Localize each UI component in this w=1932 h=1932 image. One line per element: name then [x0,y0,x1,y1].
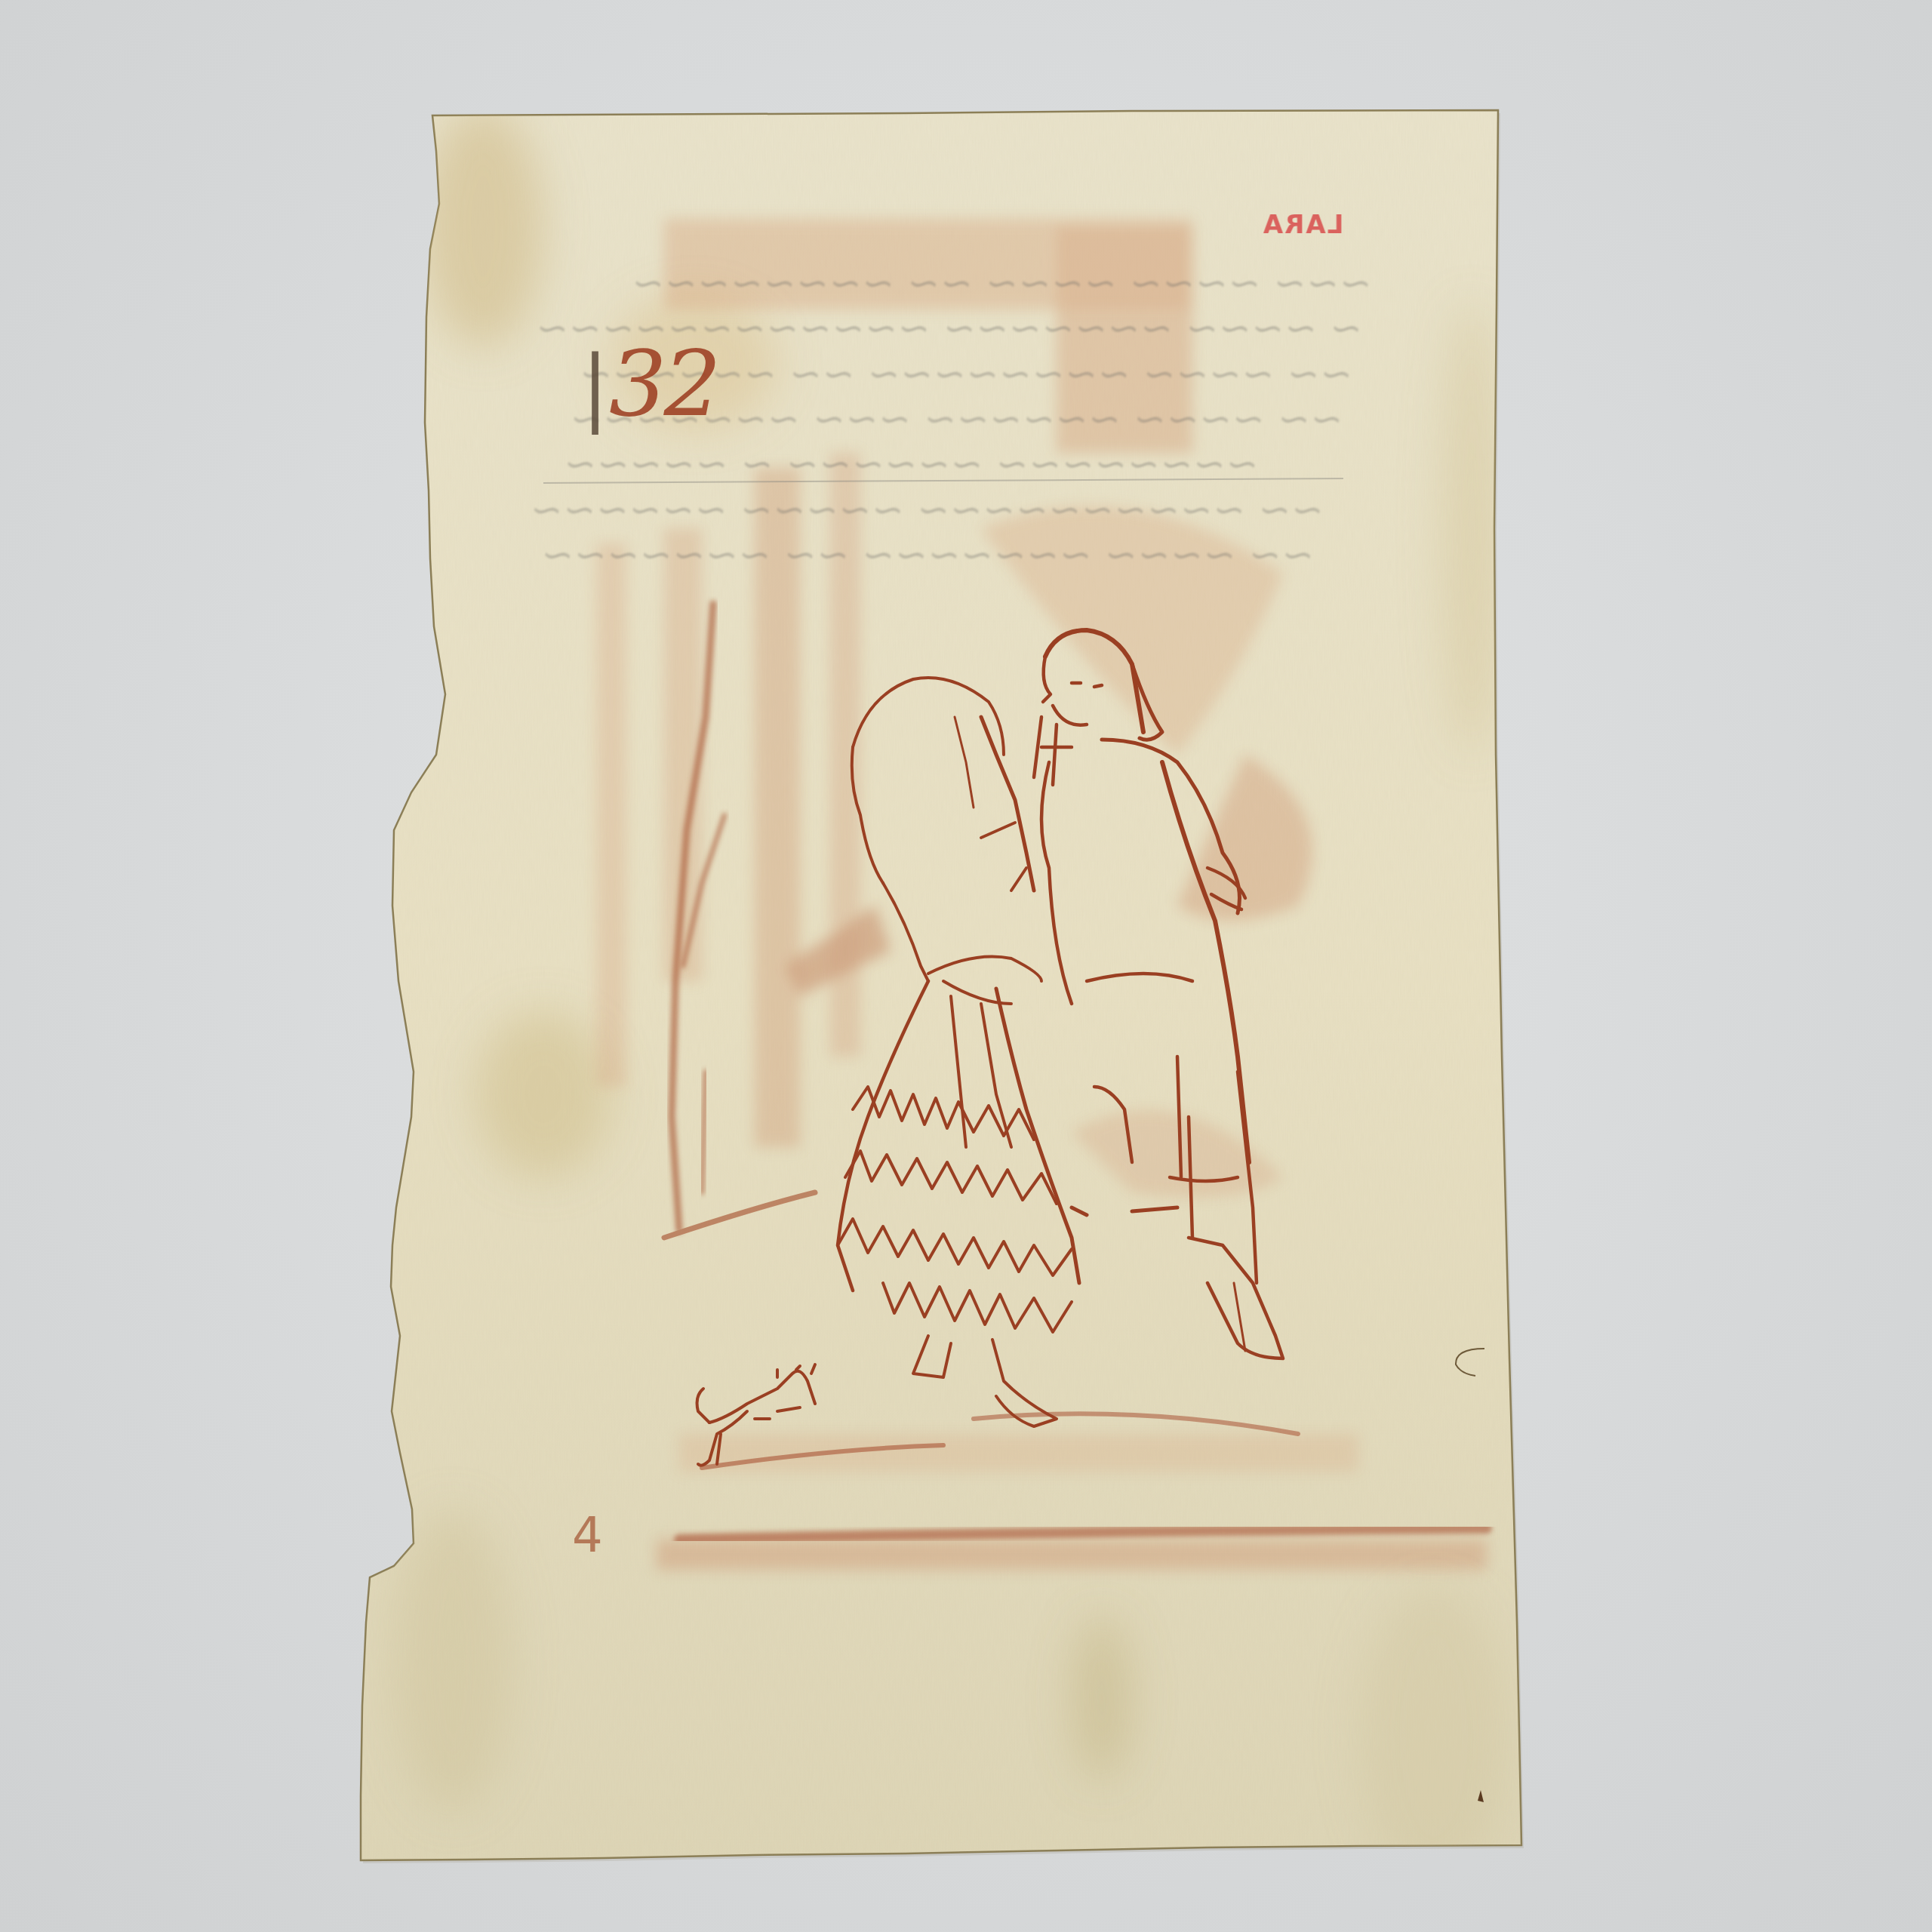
photograph-scene: ~~~ ~~~~ ~~~~ ~~ ~~~~~~~~ ~ ~~~~ ~~~~~~~… [0,0,1932,1932]
collector-stamp: LARA [1262,210,1343,240]
number-stroke: | [581,338,609,435]
corner-mark: 4 [572,1508,603,1564]
inventory-number-value: 32 [609,332,718,437]
inventory-number: |32 [581,332,718,437]
